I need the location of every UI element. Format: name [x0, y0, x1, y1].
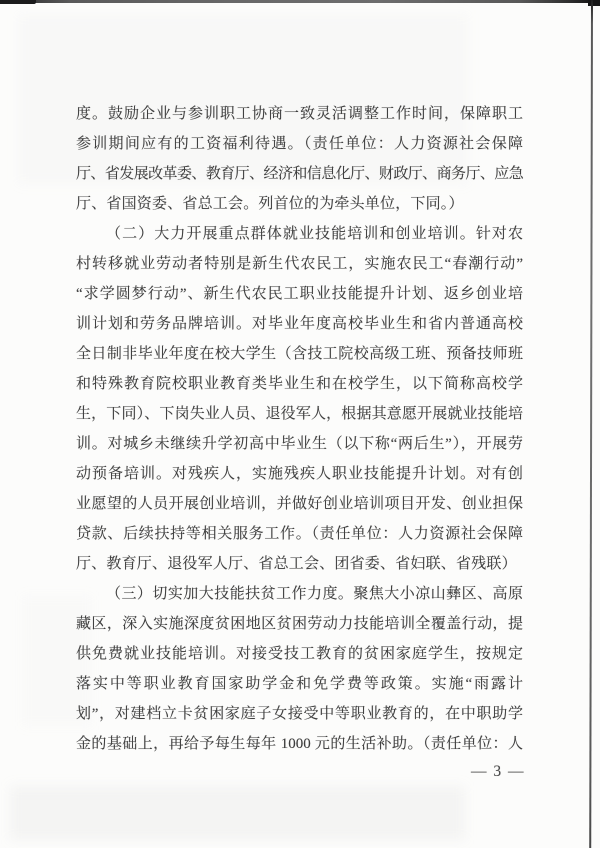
scan-top-edge	[0, 0, 600, 3]
document-line: 生，下同）、下岗失业人员、退役军人，根据其意愿开展就业技能培	[76, 399, 523, 429]
scan-bleed-ghost	[10, 786, 465, 840]
document-line: 业愿望的人员开展创业培训，并做好创业培训项目开发、创业担保	[76, 489, 523, 519]
document-line: （三）切实加大技能扶贫工作力度。聚焦大小凉山彝区、高原	[76, 579, 523, 609]
document-line: 落实中等职业教育国家助学金和免学费等政策。实施“雨露计	[76, 669, 523, 699]
document-line: 全日制非毕业年度在校大学生（含技工院校高级工班、预备技师班	[76, 339, 523, 369]
document-line: 度。鼓励企业与参训职工协商一致灵活调整工作时间，保障职工	[76, 99, 523, 129]
document-line: 参训期间应有的工资福利待遇。（责任单位：人力资源社会保障	[76, 129, 523, 159]
document-line: 训计划和劳务品牌培训。对毕业年度高校毕业生和省内普通高校	[76, 309, 523, 339]
document-line: 训。对城乡未继续升学初高中毕业生（以下称“两后生”），开展劳	[76, 429, 523, 459]
document-line: 厅、省发展改革委、教育厅、经济和信息化厅、财政厅、商务厅、应急	[76, 159, 523, 189]
document-page: 度。鼓励企业与参训职工协商一致灵活调整工作时间，保障职工参训期间应有的工资福利待…	[0, 0, 600, 848]
scan-top-left-mark	[0, 0, 36, 4]
document-line: 和特殊教育院校职业教育类毕业生和在校学生，以下简称高校学	[76, 369, 523, 399]
document-line: 划”，对建档立卡贫困家庭子女接受中等职业教育的，在中职助学	[76, 699, 523, 729]
page-number: — 3 —	[471, 761, 524, 783]
text-block: 度。鼓励企业与参训职工协商一致灵活调整工作时间，保障职工参训期间应有的工资福利待…	[76, 99, 523, 759]
document-line: 供免费就业技能培训。对接受技工教育的贫困家庭学生，按规定	[76, 639, 523, 669]
document-line: 厅、省国资委、省总工会。列首位的为牵头单位，下同。）	[76, 189, 523, 219]
document-line: 金的基础上，再给予每生每年 1000 元的生活补助。（责任单位：人	[76, 729, 523, 759]
scan-right-paper-edge	[589, 0, 593, 848]
document-line: 村转移就业劳动者特别是新生代农民工，实施农民工“春潮行动”	[76, 249, 523, 279]
document-line: 厅、教育厅、退役军人厅、省总工会、团省委、省妇联、省残联）	[76, 549, 523, 579]
document-line: 贷款、后续扶持等相关服务工作。（责任单位：人力资源社会保障	[76, 519, 523, 549]
document-line: 藏区，深入实施深度贫困地区贫困劳动力技能培训全覆盖行动，提	[76, 609, 523, 639]
scan-top-right-mark	[588, 0, 600, 6]
document-line: “求学圆梦行动”、新生代农民工职业技能提升计划、返乡创业培	[76, 279, 523, 309]
document-line: 动预备培训。对残疾人，实施残疾人职业技能提升计划。对有创	[76, 459, 523, 489]
document-line: （二）大力开展重点群体就业技能培训和创业培训。针对农	[76, 219, 523, 249]
